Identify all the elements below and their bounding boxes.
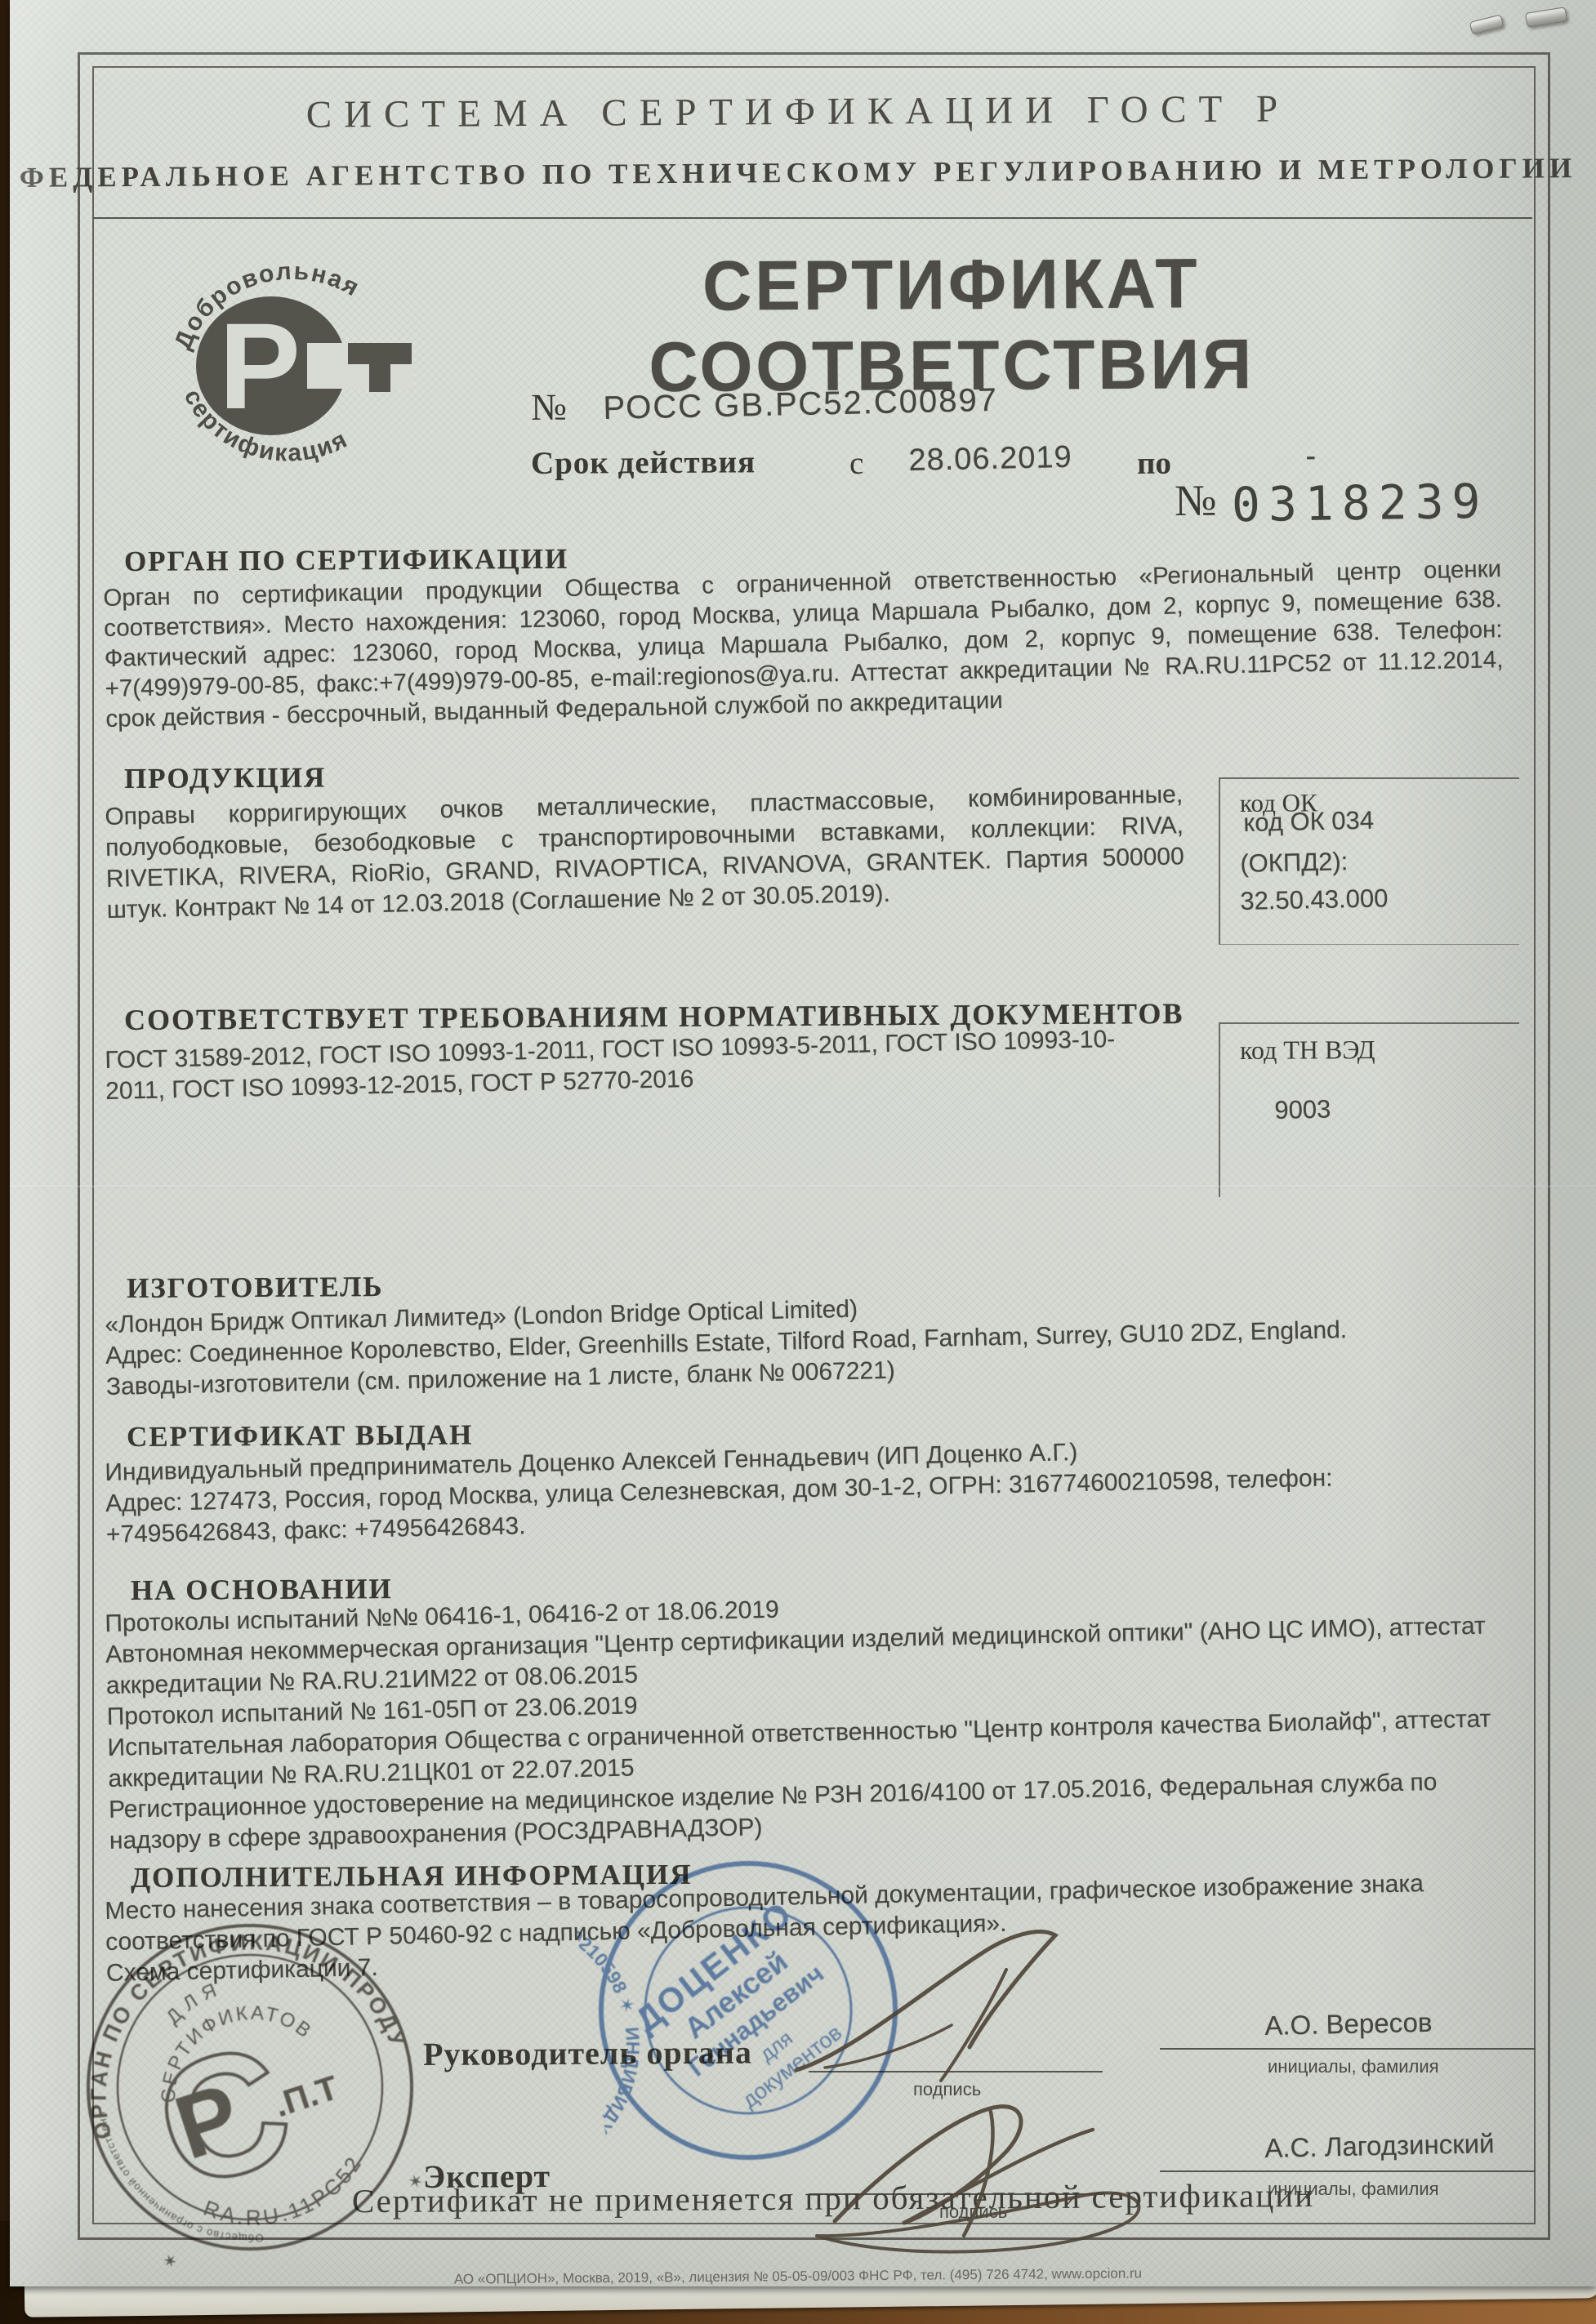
validity-to-value: - [1305, 439, 1317, 474]
section-basis-title: НА ОСНОВАНИИ [131, 1573, 393, 1607]
head-name: А.О. Вересов [1264, 2007, 1433, 2041]
svg-text:.П.Т: .П.Т [270, 2068, 343, 2124]
expert-signature [817, 2107, 1139, 2252]
tnved-value: 9003 [1274, 1095, 1331, 1125]
section-issued-title: СЕРТИФИКАТ ВЫДАН [127, 1418, 473, 1454]
rst-logo-icon: Добровольная сертификация Р [155, 252, 417, 472]
ok-code-label-typed: код ОК 034 [1243, 806, 1374, 838]
head-name-caption: инициалы, фамилия [1268, 2056, 1439, 2077]
ok-code-sub: (ОКПД2): [1240, 847, 1349, 879]
section-production-title: ПРОДУКЦИЯ [124, 761, 326, 795]
header-divider [93, 217, 1532, 219]
certificate-page: СИСТЕМА СЕРТИФИКАЦИИ ГОСТ Р ФЕДЕРАЛЬНОЕ … [0, 0, 1596, 2324]
number-label: № [531, 385, 567, 429]
validity-to-label: по [1137, 445, 1171, 482]
rst-mark: Р [196, 296, 413, 435]
tnved-code-box: код ТН ВЭД 9003 [1219, 1022, 1519, 1197]
handwritten-signatures [719, 1894, 1242, 2270]
ok-code-box: код ОК код ОК 034 (ОКПД2): 32.50.43.000 [1219, 777, 1519, 945]
validity-from-label: с [849, 445, 864, 482]
svg-text:✶: ✶ [405, 2170, 426, 2193]
expert-name: А.С. Лагодзинский [1264, 2128, 1495, 2164]
blank-number-value: 0318239 [1232, 474, 1489, 532]
section-production-body: Оправы корригирующих очков металлические… [105, 779, 1185, 926]
svg-text:Р: Р [219, 297, 301, 434]
validity-label: Срок действия [531, 443, 756, 482]
section-organ-body: Орган по сертификации продукции Общества… [103, 554, 1504, 734]
head-signature [796, 1932, 1055, 2081]
section-manufacturer-title: ИЗГОТОВИТЕЛЬ [127, 1271, 384, 1305]
section-organ-title: ОРГАН ПО СЕРТИФИКАЦИИ [124, 543, 568, 578]
ok-code-value: 32.50.43.000 [1240, 884, 1389, 916]
tnved-label: код ТН ВЭД [1240, 1035, 1375, 1066]
section-basis-body: Протоколы испытаний №№ 06416-1, 06416-2 … [105, 1579, 1519, 1857]
blank-number-label: № [1175, 475, 1217, 526]
validity-from-value: 28.06.2019 [908, 440, 1072, 479]
svg-text:✶: ✶ [160, 2249, 181, 2273]
